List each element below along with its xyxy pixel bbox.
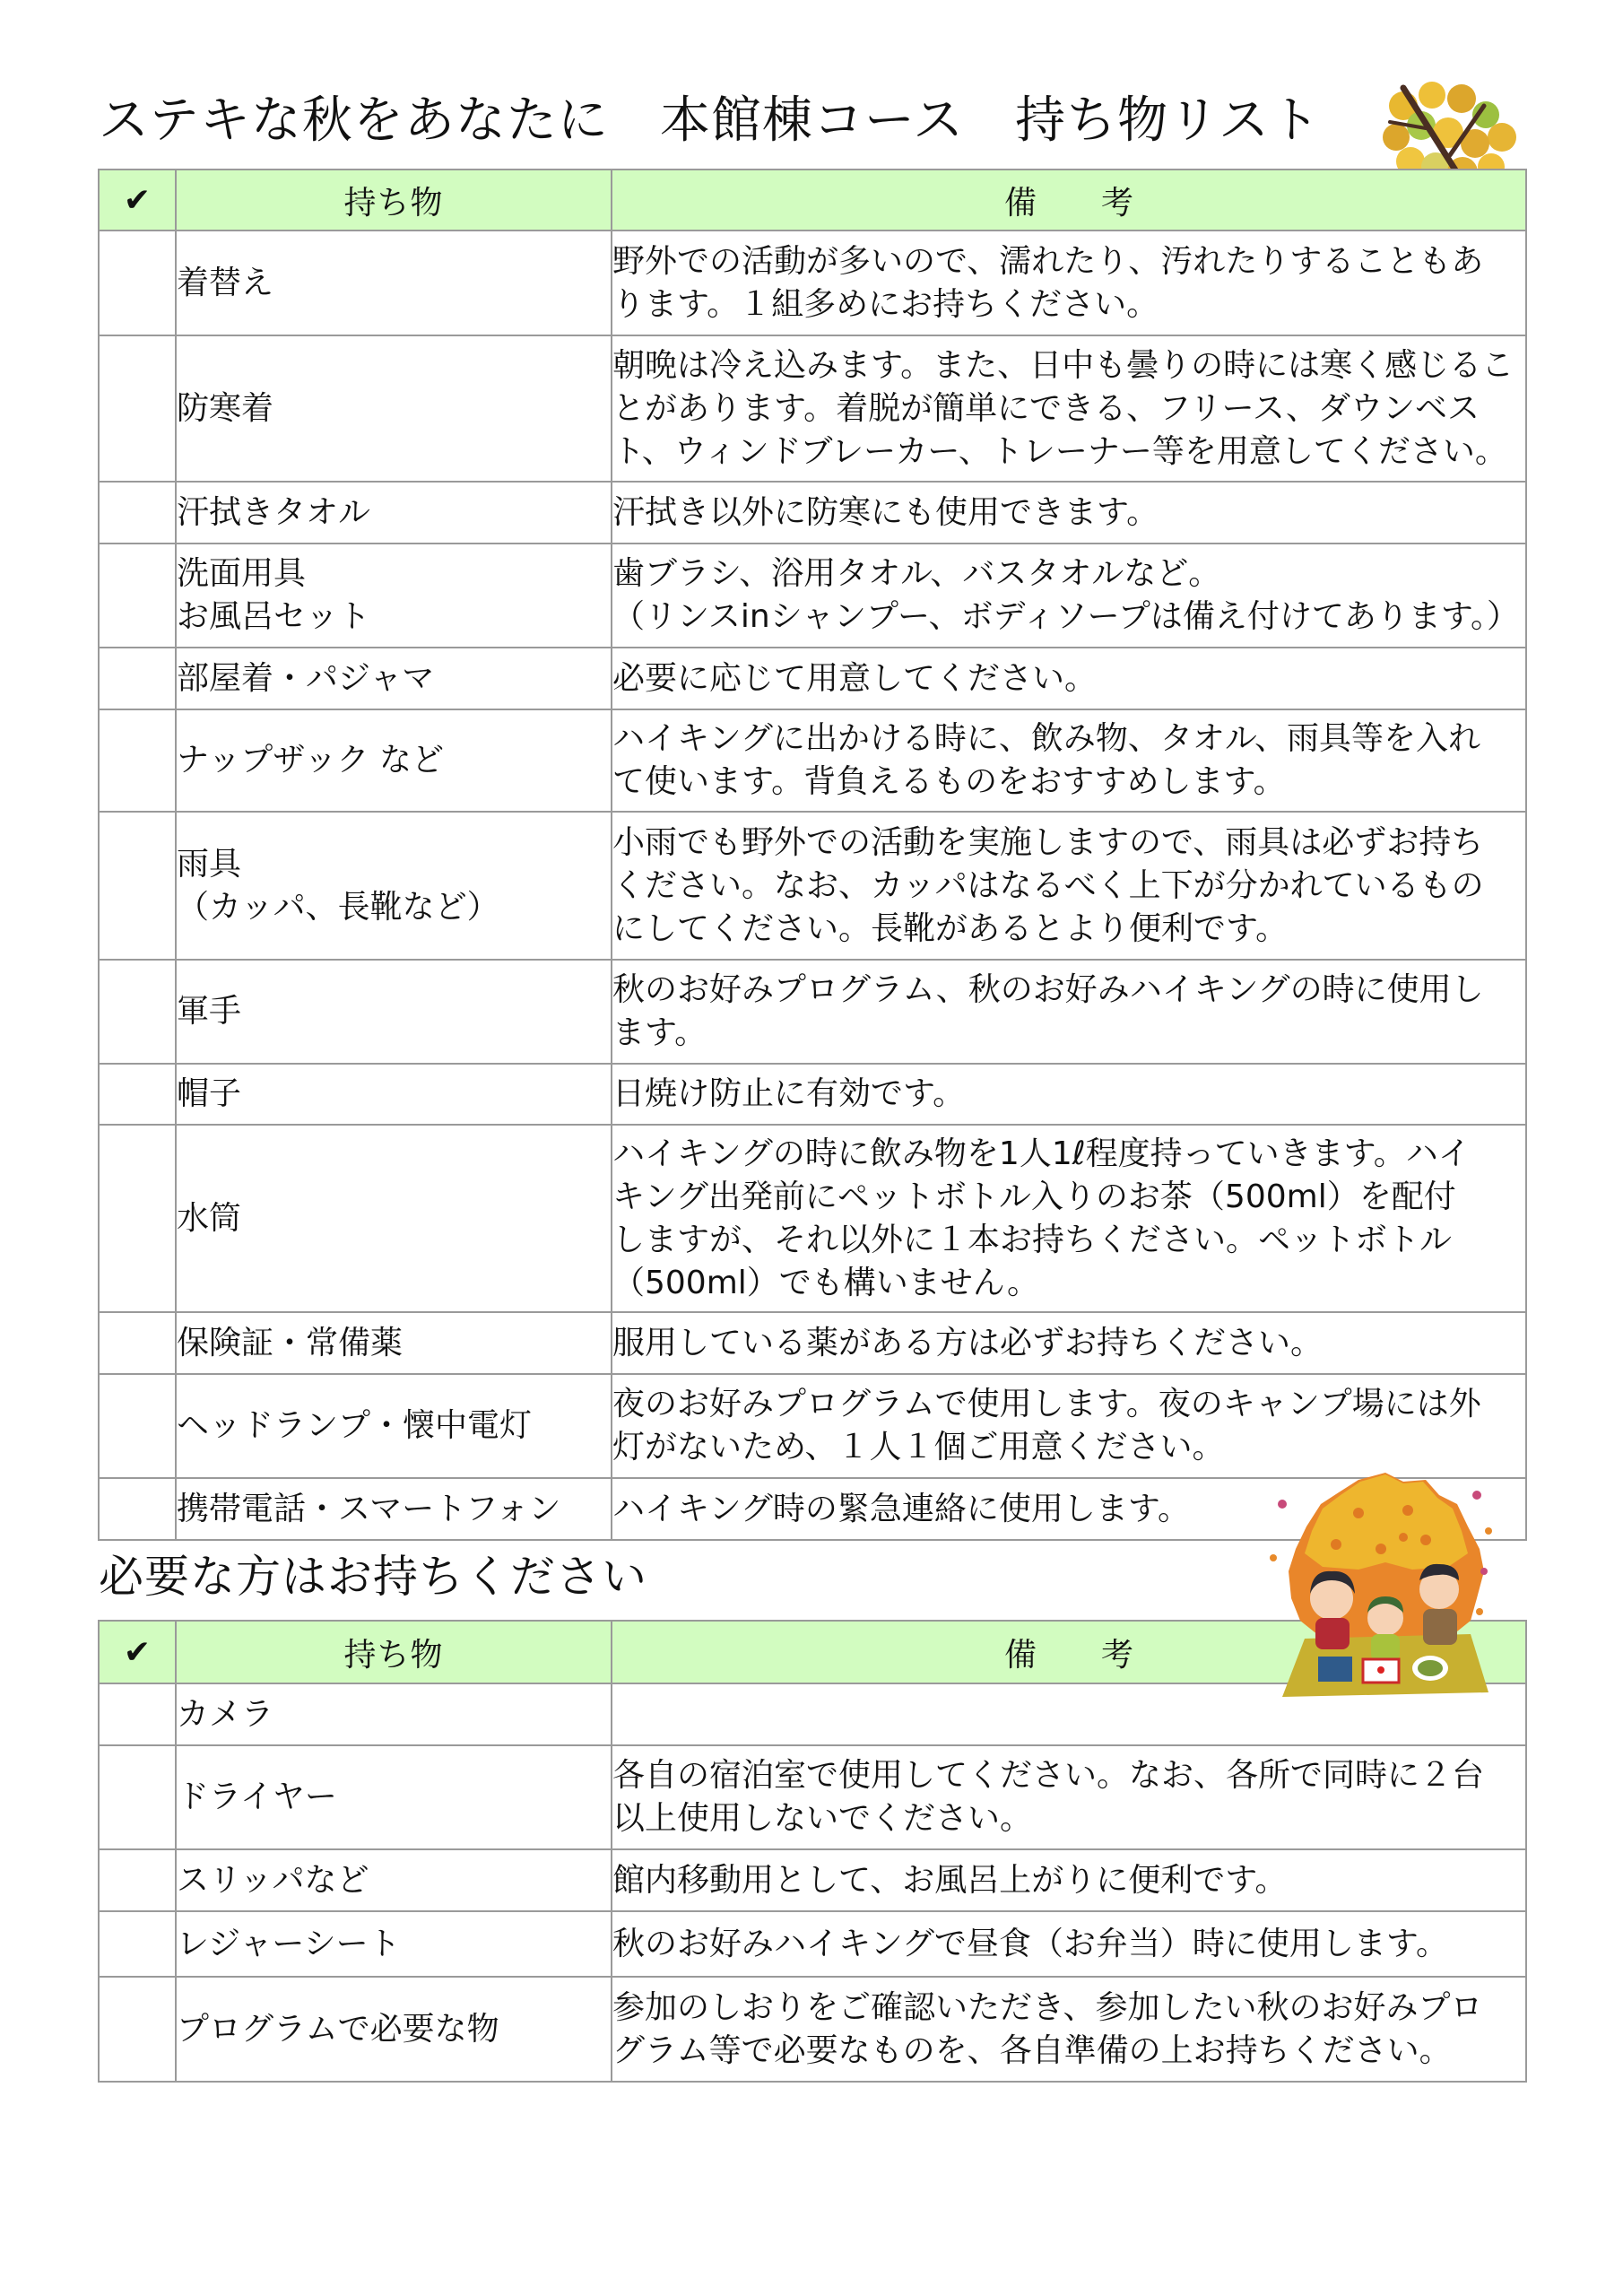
checkmark-icon: ✔ xyxy=(124,1634,151,1671)
item-note: 各自の宿泊室で使用してください。なお、各所で同時に２台 以上使用しないでください… xyxy=(612,1745,1526,1849)
item-name: 着替え xyxy=(176,230,612,335)
check-box[interactable] xyxy=(99,230,176,335)
table-row: ナップザック など ハイキングに出かける時に、飲み物、タオル、雨具等を入れ て使… xyxy=(99,709,1526,812)
table-row: 部屋着・パジャマ 必要に応じて用意してください。 xyxy=(99,648,1526,709)
item-note: 野外での活動が多いので、濡れたり、汚れたりすることもあ ります。１組多めにお持ち… xyxy=(612,230,1526,335)
table-header-row: ✔ 持ち物 備 考 xyxy=(99,170,1526,230)
table-row: 水筒 ハイキングの時に飲み物を1人1ℓ程度持っていきます。ハイ キング出発前にペ… xyxy=(99,1125,1526,1312)
check-box[interactable] xyxy=(99,812,176,960)
item-name: 洗面用具 お風呂セット xyxy=(176,544,612,648)
item-note: 必要に応じて用意してください。 xyxy=(612,648,1526,709)
item-note: 朝晩は冷え込みます。また、日中も曇りの時には寒く感じるこ とがあります。着脱が簡… xyxy=(612,335,1526,482)
check-box[interactable] xyxy=(99,1745,176,1849)
item-name: ドライヤー xyxy=(176,1745,612,1849)
item-column-header: 持ち物 xyxy=(176,1621,612,1683)
check-box[interactable] xyxy=(99,1374,176,1478)
note-column-header: 備 考 xyxy=(612,170,1526,230)
table-row: ドライヤー 各自の宿泊室で使用してください。なお、各所で同時に２台 以上使用しな… xyxy=(99,1745,1526,1849)
autumn-picnic-illustration-icon xyxy=(1269,1455,1502,1706)
item-name: ヘッドランプ・懐中電灯 xyxy=(176,1374,612,1478)
table-row: 汗拭きタオル 汗拭き以外に防寒にも使用できます。 xyxy=(99,482,1526,544)
check-box[interactable] xyxy=(99,1312,176,1374)
check-box[interactable] xyxy=(99,482,176,544)
item-name: 防寒着 xyxy=(176,335,612,482)
item-note: 服用している薬がある方は必ずお持ちください。 xyxy=(612,1312,1526,1374)
check-box[interactable] xyxy=(99,1849,176,1911)
check-box[interactable] xyxy=(99,960,176,1064)
item-name: レジャーシート xyxy=(176,1911,612,1977)
table-row: 着替え 野外での活動が多いので、濡れたり、汚れたりすることもあ ります。１組多め… xyxy=(99,230,1526,335)
item-name: 水筒 xyxy=(176,1125,612,1312)
item-column-header: 持ち物 xyxy=(176,170,612,230)
item-note: 参加のしおりをご確認いただき、参加したい秋のお好みプロ グラム等で必要なものを、… xyxy=(612,1977,1526,2082)
optional-section-heading: 必要な方はお持ちください xyxy=(99,1548,647,1605)
check-box[interactable] xyxy=(99,1911,176,1977)
item-note: ハイキングに出かける時に、飲み物、タオル、雨具等を入れ て使います。背負えるもの… xyxy=(612,709,1526,812)
table-row: 軍手 秋のお好みプログラム、秋のお好みハイキングの時に使用し ます。 xyxy=(99,960,1526,1064)
item-name: 部屋着・パジャマ xyxy=(176,648,612,709)
item-name: 汗拭きタオル xyxy=(176,482,612,544)
checkmark-icon: ✔ xyxy=(124,182,151,219)
check-column-header: ✔ xyxy=(99,170,176,230)
table-row: レジャーシート 秋のお好みハイキングで昼食（お弁当）時に使用します。 xyxy=(99,1911,1526,1977)
item-name: ナップザック など xyxy=(176,709,612,812)
table-row: 防寒着 朝晩は冷え込みます。また、日中も曇りの時には寒く感じるこ とがあります。… xyxy=(99,335,1526,482)
required-items-table: ✔ 持ち物 備 考 着替え 野外での活動が多いので、濡れたり、汚れたりすることも… xyxy=(98,169,1527,1541)
table-row: スリッパなど 館内移動用として、お風呂上がりに便利です。 xyxy=(99,1849,1526,1911)
check-box[interactable] xyxy=(99,648,176,709)
item-note: 小雨でも野外での活動を実施しますので、雨具は必ずお持ち ください。なお、カッパは… xyxy=(612,812,1526,960)
table-row: 洗面用具 お風呂セット 歯ブラシ、浴用タオル、バスタオルなど。 （リンスinシャ… xyxy=(99,544,1526,648)
item-name: プログラムで必要な物 xyxy=(176,1977,612,2082)
item-note: 館内移動用として、お風呂上がりに便利です。 xyxy=(612,1849,1526,1911)
check-box[interactable] xyxy=(99,1064,176,1125)
table-row: 雨具 （カッパ、長靴など） 小雨でも野外での活動を実施しますので、雨具は必ずお持… xyxy=(99,812,1526,960)
item-name: 帽子 xyxy=(176,1064,612,1125)
check-box[interactable] xyxy=(99,1683,176,1745)
table-row: プログラムで必要な物 参加のしおりをご確認いただき、参加したい秋のお好みプロ グ… xyxy=(99,1977,1526,2082)
item-note: 秋のお好みプログラム、秋のお好みハイキングの時に使用し ます。 xyxy=(612,960,1526,1064)
item-name: 雨具 （カッパ、長靴など） xyxy=(176,812,612,960)
item-note: 歯ブラシ、浴用タオル、バスタオルなど。 （リンスinシャンプー、ボディソープは備… xyxy=(612,544,1526,648)
check-box[interactable] xyxy=(99,1478,176,1540)
item-note: 秋のお好みハイキングで昼食（お弁当）時に使用します。 xyxy=(612,1911,1526,1977)
table-row: 帽子 日焼け防止に有効です。 xyxy=(99,1064,1526,1125)
check-box[interactable] xyxy=(99,709,176,812)
item-name: スリッパなど xyxy=(176,1849,612,1911)
check-box[interactable] xyxy=(99,1125,176,1312)
item-name: 保険証・常備薬 xyxy=(176,1312,612,1374)
check-column-header: ✔ xyxy=(99,1621,176,1683)
check-box[interactable] xyxy=(99,544,176,648)
item-name: 携帯電話・スマートフォン xyxy=(176,1478,612,1540)
page-title: ステキな秋をあなたに 本館棟コース 持ち物リスト xyxy=(99,90,1321,152)
item-note: 汗拭き以外に防寒にも使用できます。 xyxy=(612,482,1526,544)
item-name: カメラ xyxy=(176,1683,612,1745)
check-box[interactable] xyxy=(99,1977,176,2082)
item-note: ハイキングの時に飲み物を1人1ℓ程度持っていきます。ハイ キング出発前にペットボ… xyxy=(612,1125,1526,1312)
table-row: 保険証・常備薬 服用している薬がある方は必ずお持ちください。 xyxy=(99,1312,1526,1374)
item-note: 日焼け防止に有効です。 xyxy=(612,1064,1526,1125)
item-name: 軍手 xyxy=(176,960,612,1064)
check-box[interactable] xyxy=(99,335,176,482)
